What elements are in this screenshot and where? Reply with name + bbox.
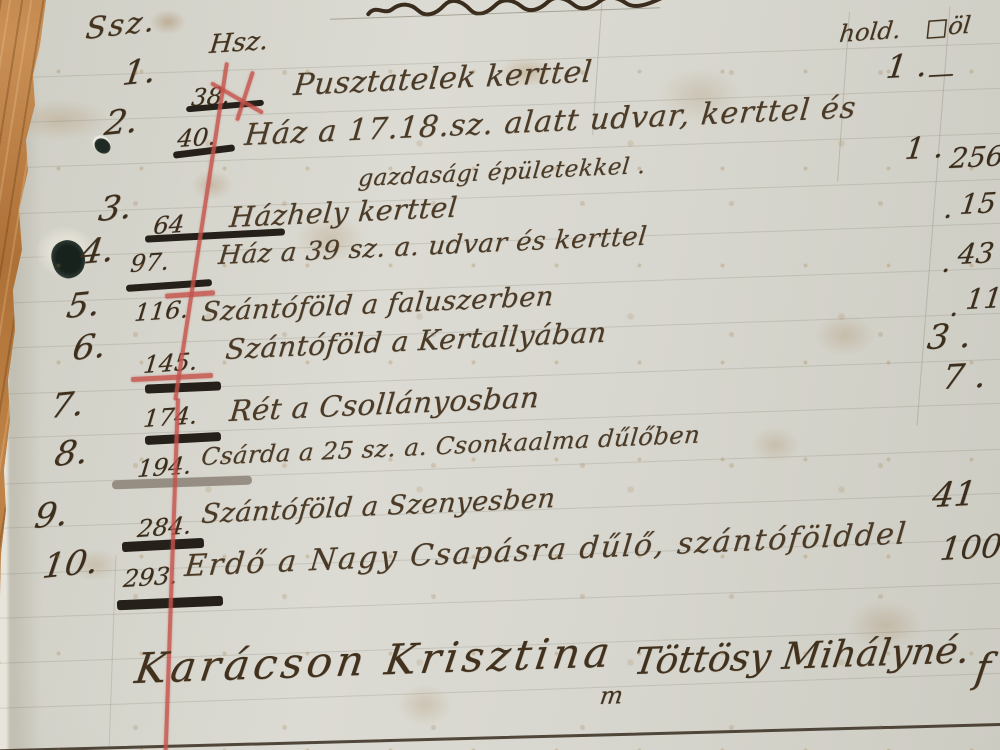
area-hold: . xyxy=(948,290,961,323)
area-ol: 256 xyxy=(948,139,1000,175)
parcel-underline xyxy=(173,144,235,159)
column-line xyxy=(917,7,951,426)
ruling-line xyxy=(0,177,1000,216)
paper-crease xyxy=(109,555,117,750)
ruling-line xyxy=(0,581,1000,620)
parcel-number: 284. xyxy=(136,511,193,543)
description: Csárda a 25 sz. a. Csonkaalma dűlőben xyxy=(200,421,702,471)
serial-number: 4. xyxy=(78,230,117,273)
parcel-number: 64 xyxy=(152,210,186,240)
area-hold: 100 xyxy=(938,527,1000,568)
description: Házhely kerttel xyxy=(228,191,459,234)
parcel-number: 40. xyxy=(176,122,218,153)
column-header-szogol: □öl xyxy=(924,11,972,42)
area-hold: 41 xyxy=(930,474,979,516)
parcel-underline xyxy=(145,432,221,445)
column-header-hold: hold. xyxy=(838,16,902,48)
description: Szántóföld a faluszerben xyxy=(200,281,555,328)
description-line2: gazdasági épületekkel . xyxy=(357,153,647,192)
ruling-line xyxy=(0,537,1000,576)
parcel-number: 174. xyxy=(142,401,199,433)
area-hold: 3 . xyxy=(925,316,974,358)
bottom-rule-line xyxy=(0,723,1000,750)
area-hold: . xyxy=(942,192,955,225)
parcel-number: 293. xyxy=(122,561,179,593)
parcel-underline xyxy=(122,538,204,552)
parcel-strikethrough xyxy=(112,476,252,490)
ruling-line xyxy=(0,86,1000,125)
column-header-parcel: Hsz. xyxy=(208,26,270,60)
signature-name-2: Töttösy Mihályné. xyxy=(631,628,973,683)
area-ol: — xyxy=(926,59,956,90)
red-dash xyxy=(165,290,215,298)
parcel-number: 116. xyxy=(133,295,190,327)
description: Szántóföld a Szenyesben xyxy=(200,483,557,530)
description: Pusztatelek kerttel xyxy=(292,55,594,103)
paper-sheet: Ssz. Hsz. hold. □öl 1. 2. 3. 4. 5. 6. 7.… xyxy=(0,0,1000,750)
serial-number: 9. xyxy=(32,494,71,537)
ruling-line xyxy=(0,401,1000,440)
photo-of-document: Ssz. Hsz. hold. □öl 1. 2. 3. 4. 5. 6. 7.… xyxy=(0,0,1000,750)
area-hold: 7 . xyxy=(940,356,989,398)
parcel-number: 194. xyxy=(136,451,193,483)
parcel-number: 38. xyxy=(190,81,232,112)
ruling-line xyxy=(0,447,1000,486)
parcel-underline xyxy=(186,100,264,113)
column-header-serial: Ssz. xyxy=(84,4,158,47)
description: Erdő a Nagy Csapásra dűlő, szántófölddel xyxy=(183,516,909,584)
serial-number: 1. xyxy=(120,51,159,94)
serial-number: 3. xyxy=(96,187,135,230)
parcel-underline xyxy=(117,596,223,611)
parcel-underline xyxy=(126,279,212,292)
signature-name-1: Karácson Krisztina xyxy=(132,627,617,693)
serial-number: 7. xyxy=(48,384,87,427)
signature-edge-fragment: f xyxy=(972,646,993,692)
column-line xyxy=(837,12,850,182)
ruling-line xyxy=(0,41,1000,80)
serial-number: 5. xyxy=(64,284,103,327)
area-hold: 1 . xyxy=(903,130,946,167)
serial-number: 6. xyxy=(70,326,109,369)
red-cross-stroke xyxy=(210,81,264,114)
ruling-line xyxy=(0,221,1000,260)
heading-underline xyxy=(330,7,660,20)
parcel-underline xyxy=(145,381,221,393)
cropped-heading-ink xyxy=(366,0,666,19)
red-vertical-line xyxy=(164,398,180,750)
punch-hole-large xyxy=(47,236,90,282)
ruling-line xyxy=(0,311,1000,350)
serial-number: 8. xyxy=(52,432,91,475)
red-underline xyxy=(131,373,213,382)
description: Ház a 39 sz. a. udvar és kerttel xyxy=(217,222,648,271)
signature-joiner: m xyxy=(598,681,625,710)
parcel-number: 145. xyxy=(142,347,199,379)
description: Szántóföld a Kertallyában xyxy=(224,316,608,366)
ruling-line xyxy=(0,491,1000,530)
ruling-line xyxy=(0,626,1000,665)
description: Rét a Csollányosban xyxy=(228,380,541,428)
ruling-line xyxy=(0,357,1000,396)
parcel-number: 97. xyxy=(129,247,171,278)
serial-number: 10. xyxy=(40,542,101,587)
ruling-line xyxy=(0,671,1000,710)
serial-number: 2. xyxy=(102,101,141,144)
parcel-underline xyxy=(145,228,285,242)
red-vertical-line xyxy=(173,62,229,401)
description: Ház a 17.18.sz. alatt udvar, kerttel és xyxy=(243,90,858,153)
torn-rim xyxy=(36,226,96,278)
punch-hole-small xyxy=(91,135,113,156)
area-ol: 11 xyxy=(964,281,1000,316)
area-ol: 43 xyxy=(956,236,996,271)
column-line xyxy=(592,0,603,135)
ruling-line xyxy=(0,266,1000,305)
area-hold: . xyxy=(940,246,953,279)
ruling-line xyxy=(0,131,1000,170)
area-hold: 1 . xyxy=(884,46,930,86)
red-cross-stroke xyxy=(235,71,255,122)
area-ol: 15 xyxy=(958,186,998,221)
